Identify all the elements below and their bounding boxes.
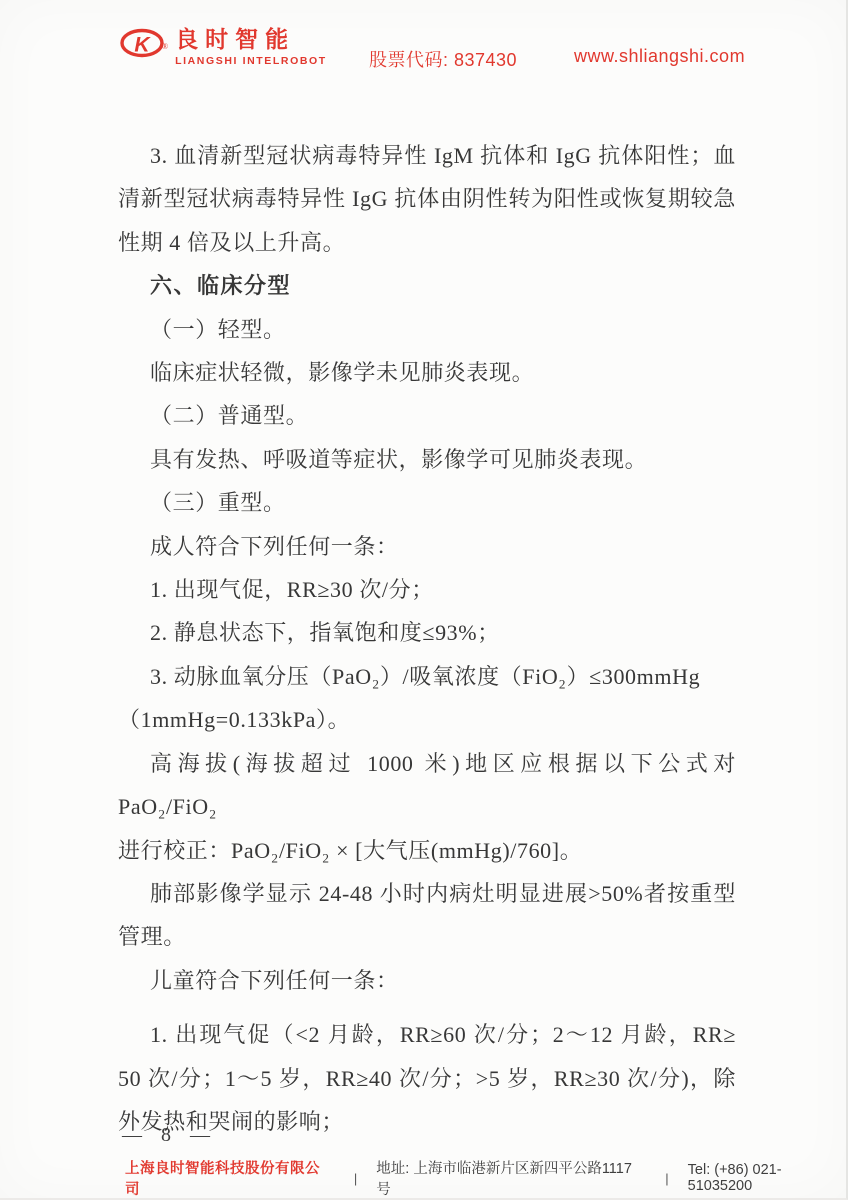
- text-line: 清新型冠状病毒特异性 IgG 抗体由阴性转为阳性或恢复期较急: [118, 177, 736, 220]
- company-name-en: LIANGSHI INTELROBOT: [175, 55, 327, 67]
- text-line: 肺部影像学显示 24-48 小时内病灶明显进展>50%者按重型: [118, 872, 736, 915]
- text-line: 高海拔(海拔超过 1000 米)地区应根据以下公式对 PaO₂/FiO₂: [118, 742, 736, 829]
- text-line: 50 次/分；1～5 岁，RR≥40 次/分；>5 岁，RR≥30 次/分)，除: [118, 1057, 736, 1100]
- page-number: — 8 —: [122, 1124, 211, 1147]
- stock-code: 股票代码: 837430: [369, 46, 517, 72]
- text-line: 性期 4 倍及以上升高。: [118, 221, 736, 264]
- document-page: K ® 良时智能 LIANGSHI INTELROBOT 股票代码: 83743…: [0, 0, 848, 1200]
- logo-text: 良时智能 LIANGSHI INTELROBOT: [175, 26, 327, 67]
- text-line: 临床症状轻微，影像学未见肺炎表现。: [118, 351, 736, 394]
- company-logo: K ® 良时智能 LIANGSHI INTELROBOT: [120, 26, 327, 69]
- text-line: （二）普通型。: [118, 394, 736, 437]
- footer-address: 地址: 上海市临港新片区新四平公路1117号: [376, 1157, 646, 1199]
- logo-letter: K: [134, 34, 151, 57]
- text-line: 3. 血清新型冠状病毒特异性 IgM 抗体和 IgG 抗体阳性；血: [118, 134, 736, 177]
- document-body: 3. 血清新型冠状病毒特异性 IgM 抗体和 IgG 抗体阳性；血清新型冠状病毒…: [118, 134, 736, 1143]
- logo-k-icon: K: [120, 28, 166, 69]
- footer-company-name: 上海良时智能科技股份有限公司: [125, 1157, 335, 1199]
- text-line: 成人符合下列任何一条：: [118, 525, 736, 568]
- text-line: 3. 动脉血氧分压（PaO₂）/吸氧浓度（FiO₂）≤300mmHg: [118, 655, 736, 698]
- footer-divider: |: [665, 1171, 668, 1186]
- text-line: 进行校正：PaO₂/FiO₂ × [大气压(mmHg)/760]。: [118, 829, 736, 872]
- text-line: 管理。: [118, 915, 736, 958]
- text-line: 儿童符合下列任何一条：: [118, 959, 736, 1002]
- text-line: 2. 静息状态下，指氧饱和度≤93%；: [118, 611, 736, 654]
- footer: 上海良时智能科技股份有限公司 | 地址: 上海市临港新片区新四平公路1117号 …: [0, 1157, 846, 1199]
- section-heading: 六、临床分型: [118, 264, 736, 307]
- text-line: （一）轻型。: [118, 308, 736, 351]
- company-name-cn: 良时智能: [175, 26, 327, 52]
- text-line: 1. 出现气促，RR≥30 次/分；: [118, 568, 736, 611]
- text-line: 具有发热、呼吸道等症状，影像学可见肺炎表现。: [118, 438, 736, 481]
- text-line: （三）重型。: [118, 481, 736, 524]
- website-url: www.shliangshi.com: [574, 46, 745, 67]
- text-line: （1mmHg=0.133kPa）。: [118, 698, 736, 741]
- registered-mark: ®: [162, 42, 168, 51]
- text-line: 1. 出现气促（<2 月龄，RR≥60 次/分；2～12 月龄，RR≥: [118, 1013, 736, 1056]
- footer-telephone: Tel: (+86) 021-51035200: [688, 1162, 846, 1194]
- letterhead: K ® 良时智能 LIANGSHI INTELROBOT 股票代码: 83743…: [0, 0, 846, 90]
- footer-divider: |: [354, 1171, 357, 1186]
